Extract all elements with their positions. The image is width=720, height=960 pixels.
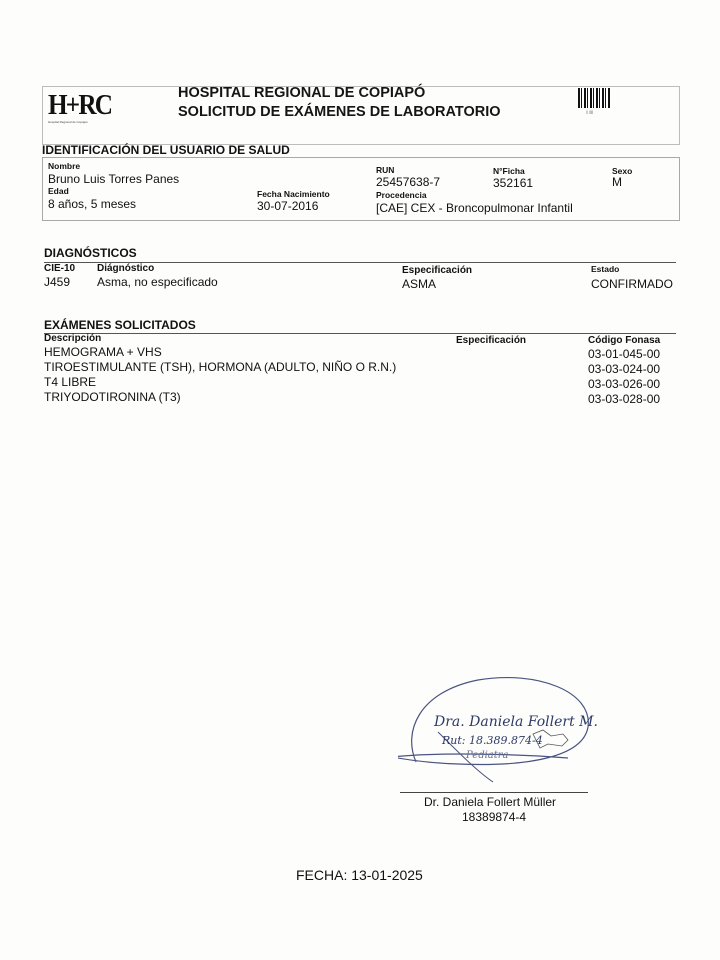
run-value: 25457638-7	[376, 175, 440, 189]
diagnostico-header: Diágnóstico	[97, 263, 154, 274]
fecha-nacimiento-value: 30-07-2016	[257, 199, 318, 213]
table-row: TIROESTIMULANTE (TSH), HORMONA (ADULTO, …	[44, 360, 684, 375]
procedencia-value: [CAE] CEX - Broncopulmonar Infantil	[376, 201, 573, 215]
especificacion-header: Especificación	[402, 265, 472, 276]
examen-codigo: 03-03-024-00	[588, 362, 660, 376]
nombre-label: Nombre	[48, 161, 80, 171]
document-title: SOLICITUD DE EXÁMENES DE LABORATORIO	[178, 104, 501, 120]
request-date: FECHA: 13-01-2025	[296, 867, 423, 883]
hospital-name: HOSPITAL REGIONAL DE COPIAPÓ	[178, 85, 425, 101]
logo-mark: H+RC	[48, 92, 91, 120]
examen-descripcion: TRIYODOTIRONINA (T3)	[44, 390, 181, 404]
examen-codigo: 03-01-045-00	[588, 347, 660, 361]
ficha-label: N°Ficha	[493, 166, 525, 176]
estado-header: Estado	[591, 264, 619, 274]
diagnosticos-section-title: DIAGNÓSTICOS	[44, 246, 137, 260]
diagnostico-cie10: J459	[44, 275, 70, 289]
stamp-rut: Rut: 18.389.874-4	[442, 734, 543, 747]
examen-codigo: 03-03-026-00	[588, 377, 660, 391]
run-label: RUN	[376, 165, 394, 175]
table-row: TRIYODOTIRONINA (T3) 03-03-028-00	[44, 390, 684, 405]
sexo-value: M	[612, 175, 622, 189]
examen-descripcion: T4 LIBRE	[44, 375, 96, 389]
examenes-section-title: EXÁMENES SOLICITADOS	[44, 318, 196, 332]
signature-line	[400, 792, 588, 793]
signature-stamp: Dra. Daniela Follert M. Rut: 18.389.874-…	[398, 672, 598, 782]
table-row: HEMOGRAMA + VHS 03-01-045-00	[44, 345, 684, 360]
descripcion-header: Descripción	[44, 333, 101, 344]
stamp-name: Dra. Daniela Follert M.	[434, 714, 598, 730]
fecha-nacimiento-label: Fecha Nacimiento	[257, 189, 330, 199]
examen-descripcion: HEMOGRAMA + VHS	[44, 345, 162, 359]
logo-subtext: Hospital Regional de Copiapó	[48, 121, 96, 124]
nombre-value: Bruno Luis Torres Panes	[48, 172, 179, 186]
diagnostico-estado: CONFIRMADO	[591, 277, 673, 291]
edad-value: 8 años, 5 meses	[48, 197, 136, 211]
signature-scribble-icon	[398, 672, 618, 792]
cie10-header: CIE-10	[44, 263, 75, 274]
examenes-divider	[44, 333, 676, 334]
examenes-list: HEMOGRAMA + VHS 03-01-045-00 TIROESTIMUL…	[44, 345, 684, 405]
doctor-name: Dr. Daniela Follert Müller	[424, 795, 556, 809]
hospital-logo: H+RC Hospital Regional de Copiapó	[48, 92, 96, 132]
examen-codigo: 03-03-028-00	[588, 392, 660, 406]
examen-descripcion: TIROESTIMULANTE (TSH), HORMONA (ADULTO, …	[44, 360, 396, 374]
stamp-specialty: Pediatra	[466, 750, 509, 761]
table-row: T4 LIBRE 03-03-026-00	[44, 375, 684, 390]
diagnostico-descripcion: Asma, no especificado	[97, 275, 218, 289]
identification-section-title: IDENTIFICACIÓN DEL USUARIO DE SALUD	[42, 143, 290, 157]
edad-label: Edad	[48, 186, 69, 196]
ficha-value: 352161	[493, 176, 533, 190]
identification-box	[42, 157, 680, 221]
procedencia-label: Procedencia	[376, 190, 427, 200]
barcode-icon	[578, 88, 610, 108]
doctor-rut: 18389874-4	[462, 810, 526, 824]
barcode-number: || |||||	[586, 110, 593, 114]
diagnostico-especificacion: ASMA	[402, 277, 436, 291]
